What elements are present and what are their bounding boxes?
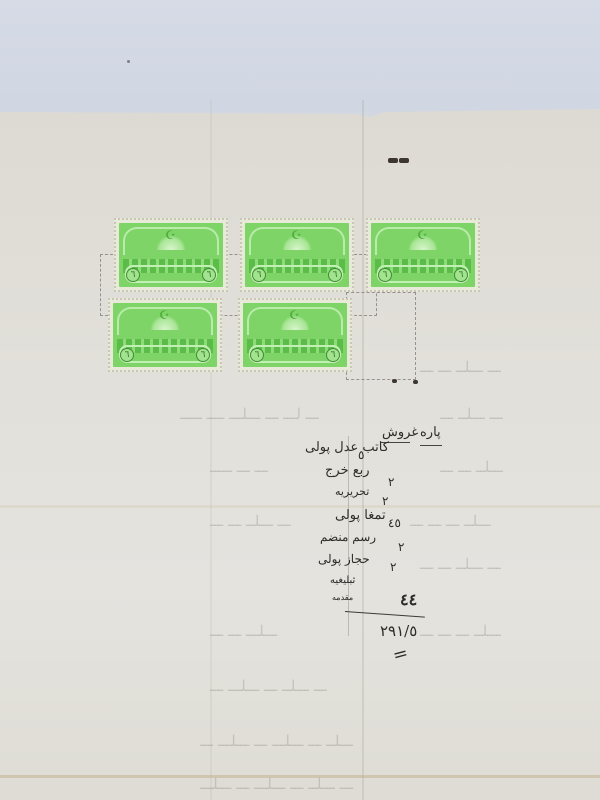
- stamp-value: ٦: [120, 348, 134, 362]
- faint-text-line: ـــ ـــلــ ـــ ـــ: [210, 512, 291, 530]
- fee-amount: ٥: [358, 448, 364, 462]
- faint-text-line: ـــ ـــلــ ـــ ـــ: [420, 555, 501, 573]
- postmark-cancellation: [346, 292, 416, 380]
- revenue-stamp: ☪ ٦٦: [108, 298, 222, 372]
- document-paper: [0, 100, 600, 800]
- stamp-value: ٦: [250, 348, 264, 362]
- punch-mark: [399, 158, 409, 163]
- faint-text-line: ـــلــ ـــ ـــ ـــ: [420, 622, 501, 640]
- fee-amount: ٢: [398, 540, 404, 554]
- fee-amount: ٤٥: [388, 516, 401, 530]
- fee-amount: ٢: [390, 560, 396, 574]
- punch-mark: [413, 380, 418, 384]
- crescent-star-icon: ☪: [165, 229, 176, 241]
- revenue-stamp: ☪ ٦٦: [240, 218, 354, 292]
- fee-label: رسم منضم: [320, 530, 376, 544]
- header-underline: [420, 445, 442, 446]
- faint-text-line: ـــلــ ـــ ـــ ـــ: [410, 512, 491, 530]
- fee-label: ثبليغيه: [330, 575, 355, 586]
- stamp-value: ٦: [328, 268, 342, 282]
- fold-line-vertical: [210, 100, 212, 800]
- dust-speck: [127, 60, 130, 63]
- faint-text-line: ـــ ـــ ـــــ: [210, 458, 268, 476]
- revenue-stamp: ☪ ٦٦: [238, 298, 352, 372]
- fee-label: ربع خرج: [325, 463, 370, 478]
- stamp-value: ٦: [202, 268, 216, 282]
- punch-mark: [388, 158, 398, 163]
- stamp-block: ☪ ٦٦ ☪ ٦٦ ☪ ٦٦ ☪ ٦٦ ☪ ٦٦: [106, 214, 488, 380]
- stamp-value: ٦: [126, 268, 140, 282]
- column-header-para: پاره: [420, 425, 441, 440]
- faint-text-line: ـــ ـــلــ ـــ: [440, 405, 503, 423]
- stamp-value: ٦: [252, 268, 266, 282]
- revenue-stamp: ☪ ٦٦: [114, 218, 228, 292]
- column-header-piasters: غروش: [382, 425, 418, 440]
- stamp-value: ٦: [196, 348, 210, 362]
- revenue-stamp: ☪ ٦٦: [366, 218, 480, 292]
- fee-label: كاتب عدل پولى: [305, 440, 389, 455]
- fee-label: حجاز پولى: [318, 552, 370, 566]
- fee-reference: ٢٩١/٥: [380, 622, 417, 640]
- crescent-star-icon: ☪: [417, 229, 428, 241]
- crescent-star-icon: ☪: [289, 309, 300, 321]
- faint-text-line: ـــلـــ ـــ ـــ: [210, 622, 277, 640]
- crescent-star-icon: ☪: [159, 309, 170, 321]
- fee-amount: ٢: [388, 475, 394, 489]
- fee-label: تمغا پولى: [335, 508, 386, 523]
- stamp-value: ٦: [326, 348, 340, 362]
- faint-text-line: ـــلــ ـــ ـــلـــ ـــ ـــلـــ ـــ: [200, 732, 353, 750]
- faint-text-line: ـــ ـــلــ ـــ ـــلـــ ـــ ـــلـــ: [200, 775, 353, 793]
- crescent-star-icon: ☪: [291, 229, 302, 241]
- fee-total: ٤٤: [400, 590, 417, 609]
- faint-text-line: ـــ ـــلــ ـــ ـــلـــ ـــ: [210, 677, 327, 695]
- faint-text-line: ـــ لـــ ـــ ـــلـــ ــــ ـــــ: [180, 405, 319, 423]
- fold-line-horizontal: [0, 505, 600, 508]
- stamp-value: ٦: [454, 268, 468, 282]
- fee-amount: ٢: [382, 494, 388, 508]
- stamp-value: ٦: [378, 268, 392, 282]
- background-surface: [0, 0, 600, 112]
- fee-label: تحريريه: [335, 485, 369, 498]
- faint-text-line: ـــلــ ـــ ـــ: [440, 458, 503, 476]
- fee-label: مقدمه: [332, 593, 353, 602]
